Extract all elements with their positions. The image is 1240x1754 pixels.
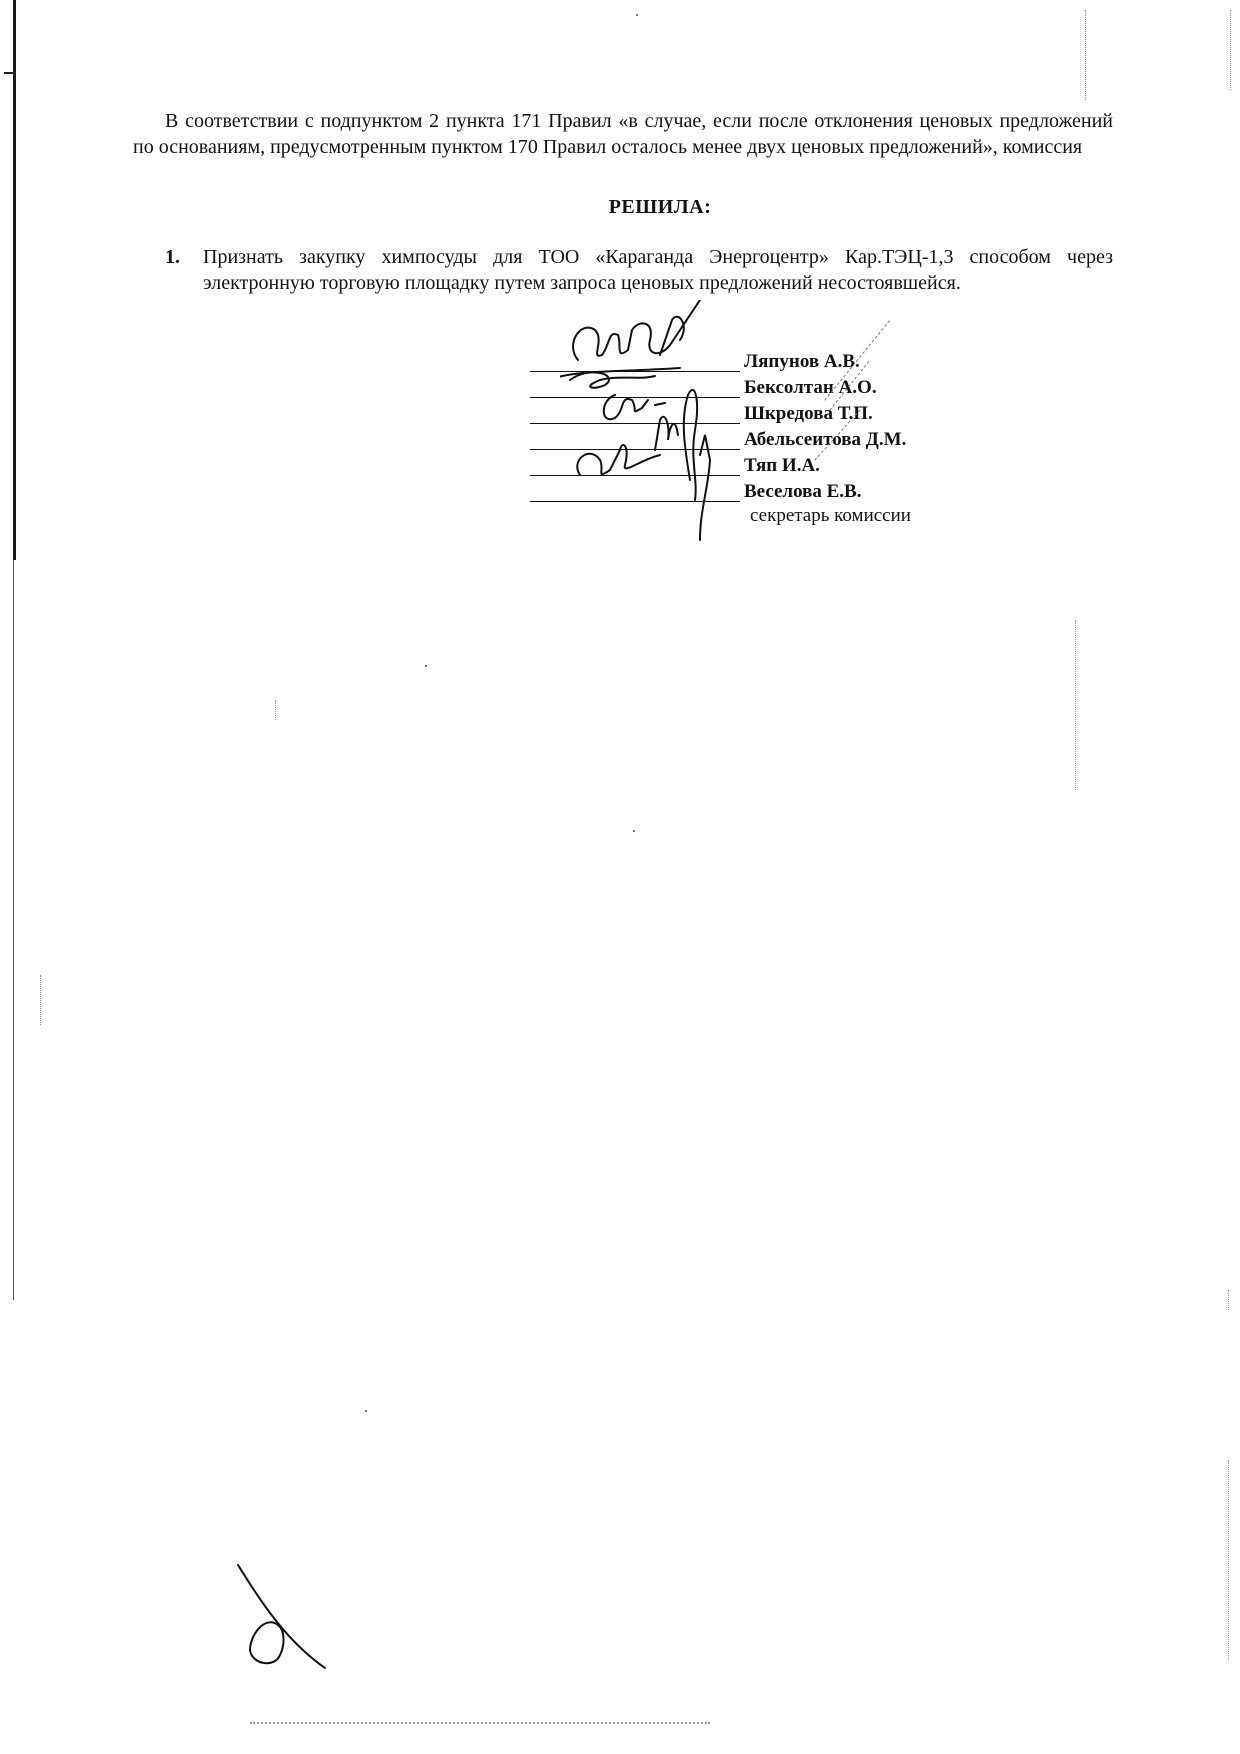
binding-margin-line-lower: [13, 560, 14, 1300]
scan-speck: [365, 1410, 367, 1412]
signatory-name: Бексолтан А.О.: [740, 376, 877, 400]
scan-speck: [633, 830, 635, 832]
signatory-name: Веселова Е.В.: [740, 480, 861, 504]
signature-line: [530, 423, 740, 424]
decision-item: 1. Признать закупку химпосуды для ТОО «К…: [165, 244, 1113, 296]
intro-paragraph: В соответствии с подпунктом 2 пункта 171…: [133, 108, 1113, 160]
signatory-row: Ляпунов А.В.: [530, 348, 980, 374]
binding-margin-line: [13, 0, 16, 560]
signatory-name: Абельсеитова Д.М.: [740, 428, 906, 452]
scan-artifact: [1228, 1460, 1230, 1660]
margin-tick: [4, 72, 16, 74]
signature-line: [530, 449, 740, 450]
signatory-row: Шкредова Т.П.: [530, 400, 980, 426]
signatory-row: Бексолтан А.О.: [530, 374, 980, 400]
signature-line: [530, 501, 740, 502]
scan-artifact: [1085, 10, 1087, 100]
decision-number: 1.: [165, 244, 203, 296]
signatory-name: Шкредова Т.П.: [740, 402, 873, 426]
signature-line: [530, 475, 740, 476]
handwritten-page-number-icon: [230, 1560, 330, 1670]
signature-line: [530, 397, 740, 398]
scan-artifact: [1075, 620, 1077, 790]
signatory-row: Веселова Е.В.: [530, 478, 980, 504]
scan-artifact: [275, 700, 277, 720]
signature-line: [530, 371, 740, 372]
signatory-row: Абельсеитова Д.М.: [530, 426, 980, 452]
secretary-role: секретарь комиссии: [530, 504, 980, 528]
scan-artifact: [1230, 10, 1232, 90]
scan-artifact-strip: [250, 1722, 710, 1726]
scan-speck: [425, 665, 427, 667]
scan-speck: [636, 14, 638, 16]
signatory-name: Ляпунов А.В.: [740, 350, 860, 374]
signatory-name: Тяп И.А.: [740, 454, 820, 478]
signature-block: Ляпунов А.В. Бексолтан А.О. Шкредова Т.П…: [530, 348, 980, 528]
scan-artifact: [1228, 1290, 1230, 1310]
signatory-row: Тяп И.А.: [530, 452, 980, 478]
scan-artifact: [40, 975, 42, 1025]
decision-heading: РЕШИЛА:: [0, 196, 1240, 219]
decision-text: Признать закупку химпосуды для ТОО «Кара…: [203, 244, 1113, 296]
